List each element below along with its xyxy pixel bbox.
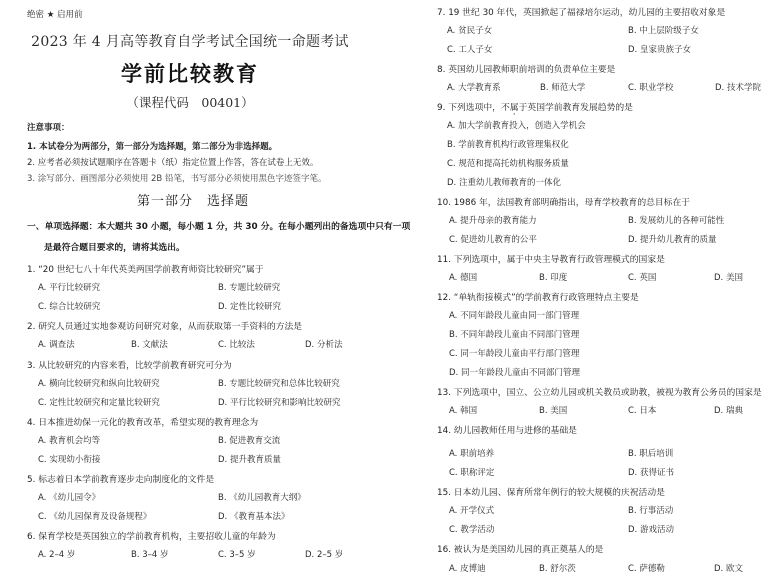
question-stem: 7. 19 世纪 30 年代，英国掀起了福禄培尔运动，幼儿园的主要招收对象是	[437, 5, 725, 18]
option: D. 提升幼儿教育的质量	[628, 233, 716, 245]
option: C. 促进幼儿教育的公平	[449, 233, 537, 245]
option: C. 职称评定	[449, 466, 494, 478]
option: A. 德国	[449, 271, 477, 283]
note-item: 3. 涂写部分、画图部分必须使用 2B 铅笔，书写部分必须使用黑色字迹签字笔。	[27, 172, 326, 184]
question-stem-emphasis: 不属于	[501, 103, 527, 113]
course-code: （课程代码 00401）	[0, 93, 380, 111]
question-stem: 3. 从比较研究的内容来看，比较学前教育研究可分为	[27, 358, 232, 371]
option: A. 职前培养	[449, 447, 494, 459]
option: A. 横向比较研究和纵向比较研究	[38, 377, 160, 389]
question-stem: 12. “单轨衔接模式”的学前教育行政管理特点主要是	[437, 290, 639, 303]
question-stem: 4. 日本推进幼保一元化的教育改革，希望实现的教育理念为	[27, 415, 258, 428]
question-stem: 8. 英国幼儿园教师职前培训的负责单位主要是	[437, 62, 615, 75]
option: D. 注重幼儿教师教育的一体化	[447, 176, 561, 188]
question-stem: 14. 幼儿园教师任用与进修的基础是	[437, 423, 577, 436]
note-item: 1. 本试卷分为两部分，第一部分为选择题，第二部分为非选择题。	[27, 140, 277, 152]
exam-page-left: 绝密 ★ 启用前 2023 年 4 月高等教育自学考试全国统一命题考试 学前比较…	[0, 0, 386, 579]
question-stem: 1. “20 世纪七八十年代英美两国学前教育师资比较研究”属于	[27, 262, 264, 275]
option: C. 萨德勒	[628, 562, 665, 574]
question-stem: 6. 保育学校是英国独立的学前教育机构，主要招收儿童的年龄为	[27, 529, 276, 542]
part-title: 第一部分 选择题	[0, 190, 386, 209]
section-heading: 一、单项选择题：本大题共 30 小题，每小题 1 分，共 30 分。在每小题列出…	[27, 219, 410, 232]
notes-heading: 注意事项：	[27, 121, 70, 133]
question-stem: 13. 下列选项中，国立、公立幼儿园或机关教员或助教，被视为教育公务员的国家是	[437, 385, 762, 398]
option: B. 师范大学	[540, 81, 585, 93]
option: D. 平行比较研究和影响比较研究	[218, 396, 340, 408]
option: B. 舒尔茨	[539, 562, 576, 574]
option: B. 行事活动	[628, 504, 673, 516]
option: D. 《教育基本法》	[218, 510, 289, 522]
option: C. 定性比较研究和定量比较研究	[38, 396, 160, 408]
option: A. 平行比较研究	[38, 281, 100, 293]
exam-title: 2023 年 4 月高等教育自学考试全国统一命题考试	[0, 31, 380, 51]
option: D. 定性比较研究	[218, 300, 281, 312]
option: A. 2–4 岁	[38, 548, 75, 560]
option: B. 不同年龄段儿童由不同部门管理	[449, 328, 579, 340]
option: D. 皇家贵族子女	[628, 43, 691, 55]
section-heading-cont: 是最符合题目要求的，请将其选出。	[44, 240, 185, 253]
option: C. 职业学校	[628, 81, 673, 93]
option: B. 印度	[539, 271, 567, 283]
option: B. 美国	[539, 404, 567, 416]
option: D. 2–5 岁	[305, 548, 343, 560]
option: C. 综合比较研究	[38, 300, 100, 312]
question-stem: 16. 被认为是美国幼儿园的真正奠基人的是	[437, 542, 603, 555]
option: D. 技术学院	[715, 81, 761, 93]
option: B. 专题比较研究和总体比较研究	[218, 377, 340, 389]
option: A. 调查法	[38, 338, 75, 350]
option: A. 贫民子女	[447, 24, 492, 36]
question-stem: 10. 1986 年，法国教育部明确指出，母育学校教育的总目标在于	[437, 195, 690, 208]
option: D. 游戏活动	[628, 523, 674, 535]
option: A. 教育机会均等	[38, 434, 100, 446]
option: A. 不同年龄段儿童由同一部门管理	[449, 309, 579, 321]
option: A. 提升母亲的教育能力	[449, 214, 537, 226]
option: A. 加大学前教育投入，创造入学机会	[447, 119, 586, 131]
option: B. 《幼儿园教育大纲》	[218, 491, 306, 503]
option: B. 中上层阶级子女	[628, 24, 699, 36]
option: D. 欧文	[714, 562, 743, 574]
option: A. 《幼儿园令》	[38, 491, 100, 503]
option: A. 韩国	[449, 404, 477, 416]
option: C. 规范和提高托幼机构服务质量	[447, 157, 569, 169]
option: D. 美国	[714, 271, 743, 283]
exam-page-right: 7. 19 世纪 30 年代，英国掀起了福禄培尔运动，幼儿园的主要招收对象是 A…	[387, 0, 773, 579]
option: C. 英国	[628, 271, 656, 283]
option: C. 3–5 岁	[218, 548, 256, 560]
option: D. 获得证书	[628, 466, 674, 478]
option: C. 日本	[628, 404, 656, 416]
option: C. 教学活动	[449, 523, 494, 535]
option: B. 职后培训	[628, 447, 673, 459]
question-stem: 15. 日本幼儿园、保育所常年例行的较大规模的庆祝活动是	[437, 485, 665, 498]
question-stem: 9. 下列选项中，不属于英国学前教育发展趋势的是	[437, 100, 633, 113]
option: B. 文献法	[131, 338, 168, 350]
option: B. 学前教育机构行政管理集权化	[447, 138, 569, 150]
option: B. 专题比较研究	[218, 281, 280, 293]
option: C. 比较法	[218, 338, 255, 350]
secret-mark: 绝密 ★ 启用前	[27, 8, 83, 20]
note-item: 2. 应考者必须按试题顺序在答题卡（纸）指定位置上作答，答在试卷上无效。	[27, 156, 318, 168]
option: D. 同一年龄段儿童由不同部门管理	[449, 366, 580, 378]
option: B. 发展幼儿的各种可能性	[628, 214, 724, 226]
option: D. 分析法	[305, 338, 342, 350]
option: C. 工人子女	[447, 43, 492, 55]
option: A. 皮博迪	[449, 562, 486, 574]
option: A. 大学教育系	[447, 81, 501, 93]
option: B. 3–4 岁	[131, 548, 169, 560]
option: B. 促进教育交流	[218, 434, 280, 446]
question-stem-suffix: 英国学前教育发展趋势的是	[527, 103, 633, 113]
option: A. 开学仪式	[449, 504, 494, 516]
option: C. 同一年龄段儿童由平行部门管理	[449, 347, 579, 359]
option: D. 瑞典	[714, 404, 743, 416]
option: D. 提升教育质量	[218, 453, 281, 465]
subject-title: 学前比较教育	[0, 58, 380, 88]
question-stem: 2. 研究人员通过实地参观访问研究对象，从而获取第一手资料的方法是	[27, 319, 302, 332]
question-stem-prefix: 9. 下列选项中，	[437, 103, 501, 113]
option: C. 实现幼小衔接	[38, 453, 100, 465]
option: C. 《幼儿园保育及设备规程》	[38, 510, 151, 522]
question-stem: 5. 标志着日本学前教育逐步走向制度化的文件是	[27, 472, 214, 485]
question-stem: 11. 下列选项中，属于中央主导教育行政管理模式的国家是	[437, 252, 665, 265]
